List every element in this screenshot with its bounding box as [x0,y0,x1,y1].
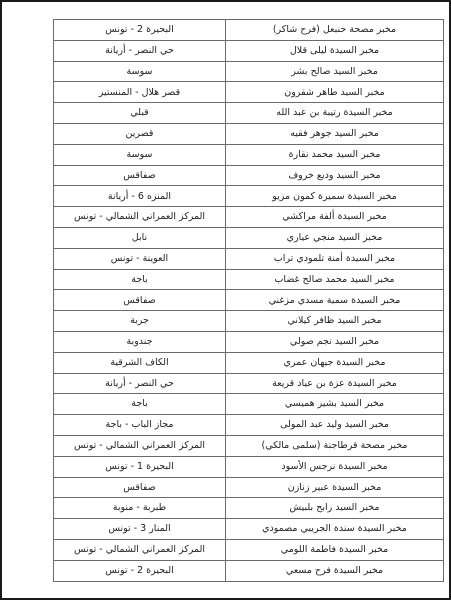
table-row: مخبر السيد طاهر شقرون قصر هلال - المنستي… [54,82,444,103]
lab-name-cell: مخبر السيد محمد نقارة [226,144,444,165]
lab-location-cell: قصر هلال - المنستير [54,82,226,103]
lab-name-cell: مخبر السيد بشير هميسي [226,394,444,415]
table-row: مخبر السيدة رتيبة بن عبد الله قبلي [54,103,444,124]
table-body: مخبر مصحة حنبعل (فرح شاكر) البحيرة 2 - ت… [54,20,444,582]
table-row: مخبر السيدة أمنة تلمودي تراب العوينة - ت… [54,248,444,269]
lab-name-cell: مخبر مصحة حنبعل (فرح شاكر) [226,20,444,41]
lab-name-cell: مخبر السيد منجي عياري [226,227,444,248]
table-row: مخبر السيدة ألفة مراكشي المركز العمراني … [54,207,444,228]
table-row: مخبر السيدة سندة الجريبي مصمودي المنار 3… [54,519,444,540]
lab-name-cell: مخبر السيدة نرجس الأسود [226,456,444,477]
lab-location-cell: البحيرة 1 - تونس [54,456,226,477]
lab-location-cell: سوسة [54,144,226,165]
lab-location-cell: سوسة [54,61,226,82]
lab-location-cell: الكاف الشرقية [54,352,226,373]
table-row: مخبر السيدة جيهان عمري الكاف الشرقية [54,352,444,373]
lab-location-cell: قصرين [54,123,226,144]
lab-location-cell: جربة [54,311,226,332]
lab-location-cell: المركز العمراني الشمالي - تونس [54,207,226,228]
table-row: مخبر السيد محمد نقارة سوسة [54,144,444,165]
table-row: مخبر السيد صالح بشر سوسة [54,61,444,82]
table-row: مخبر السيدة عبير زنازن صفاقس [54,477,444,498]
lab-location-cell: باجة [54,394,226,415]
lab-location-cell: المركز العمراني الشمالي - تونس [54,435,226,456]
table-row: مخبر السيدة سمية مسدي مزغني صفاقس [54,290,444,311]
lab-name-cell: مخبر مصحة قرطاجنة (سلمى مالكي) [226,435,444,456]
table-row: مخبر السيدة نرجس الأسود البحيرة 1 - تونس [54,456,444,477]
lab-location-cell: جندوبة [54,331,226,352]
lab-location-cell: حي النصر - أريانة [54,40,226,61]
table-row: مخبر السيدة فاطمة اللومي المركز العمراني… [54,539,444,560]
lab-location-cell: طبربة - منوبة [54,498,226,519]
lab-name-cell: مخبر السيد صالح بشر [226,61,444,82]
table-row: مخبر السيدة عزة بن عياد قريعة حي النصر -… [54,373,444,394]
lab-location-cell: نابل [54,227,226,248]
lab-name-cell: مخبر السيدة عزة بن عياد قريعة [226,373,444,394]
lab-location-cell: البحيرة 2 - تونس [54,560,226,581]
table-row: مخبر السيد نجم صولي جندوبة [54,331,444,352]
lab-location-cell: المنزه 6 - أريانة [54,186,226,207]
lab-name-cell: مخبر السيد وليد عبد المولى [226,415,444,436]
lab-name-cell: مخبر السيد طاهر شقرون [226,82,444,103]
page-frame: مخبر مصحة حنبعل (فرح شاكر) البحيرة 2 - ت… [0,0,451,600]
lab-name-cell: مخبر السيد ظافر كيلاني [226,311,444,332]
table-row: مخبر السيد منجي عياري نابل [54,227,444,248]
lab-name-cell: مخبر السيد رابح بلبيش [226,498,444,519]
lab-location-cell: حي النصر - أريانة [54,373,226,394]
lab-name-cell: مخبر السيدة سندة الجريبي مصمودي [226,519,444,540]
lab-name-cell: مخبر السيدة جيهان عمري [226,352,444,373]
lab-name-cell: مخبر السيدة سميرة كمون مزيو [226,186,444,207]
lab-location-cell: باجة [54,269,226,290]
lab-name-cell: مخبر السيدة عبير زنازن [226,477,444,498]
lab-name-cell: مخبر السيد نجم صولي [226,331,444,352]
table-row: مخبر السيد بشير هميسي باجة [54,394,444,415]
lab-name-cell: مخبر السيد جوهر فقيه [226,123,444,144]
lab-location-cell: صفاقس [54,290,226,311]
lab-location-cell: صفاقس [54,165,226,186]
lab-name-cell: مخبر السيدة أمنة تلمودي تراب [226,248,444,269]
table-row: مخبر السيد رابح بلبيش طبربة - منوبة [54,498,444,519]
lab-name-cell: مخبر السيدة سمية مسدي مزغني [226,290,444,311]
table-row: مخبر السيد وديع خروف صفاقس [54,165,444,186]
lab-location-cell: البحيرة 2 - تونس [54,20,226,41]
table-row: مخبر السيد وليد عبد المولى مجاز الباب - … [54,415,444,436]
lab-name-cell: مخبر السيد وديع خروف [226,165,444,186]
lab-location-cell: صفاقس [54,477,226,498]
lab-location-cell: المنار 3 - تونس [54,519,226,540]
laboratories-table: مخبر مصحة حنبعل (فرح شاكر) البحيرة 2 - ت… [53,19,444,582]
table-row: مخبر مصحة حنبعل (فرح شاكر) البحيرة 2 - ت… [54,20,444,41]
lab-location-cell: مجاز الباب - باجة [54,415,226,436]
table-row: مخبر السيدة فرح مسعي البحيرة 2 - تونس [54,560,444,581]
lab-location-cell: العوينة - تونس [54,248,226,269]
lab-name-cell: مخبر السيد محمد صالح غضاب [226,269,444,290]
table-row: مخبر السيدة سميرة كمون مزيو المنزه 6 - أ… [54,186,444,207]
lab-name-cell: مخبر السيدة ألفة مراكشي [226,207,444,228]
table-row: مخبر السيد محمد صالح غضاب باجة [54,269,444,290]
table-row: مخبر مصحة قرطاجنة (سلمى مالكي) المركز ال… [54,435,444,456]
lab-name-cell: مخبر السيدة ليلى قلال [226,40,444,61]
lab-location-cell: المركز العمراني الشمالي - تونس [54,539,226,560]
table-row: مخبر السيد ظافر كيلاني جربة [54,311,444,332]
table-row: مخبر السيدة ليلى قلال حي النصر - أريانة [54,40,444,61]
lab-name-cell: مخبر السيدة رتيبة بن عبد الله [226,103,444,124]
lab-name-cell: مخبر السيدة فاطمة اللومي [226,539,444,560]
lab-name-cell: مخبر السيدة فرح مسعي [226,560,444,581]
lab-location-cell: قبلي [54,103,226,124]
table-row: مخبر السيد جوهر فقيه قصرين [54,123,444,144]
